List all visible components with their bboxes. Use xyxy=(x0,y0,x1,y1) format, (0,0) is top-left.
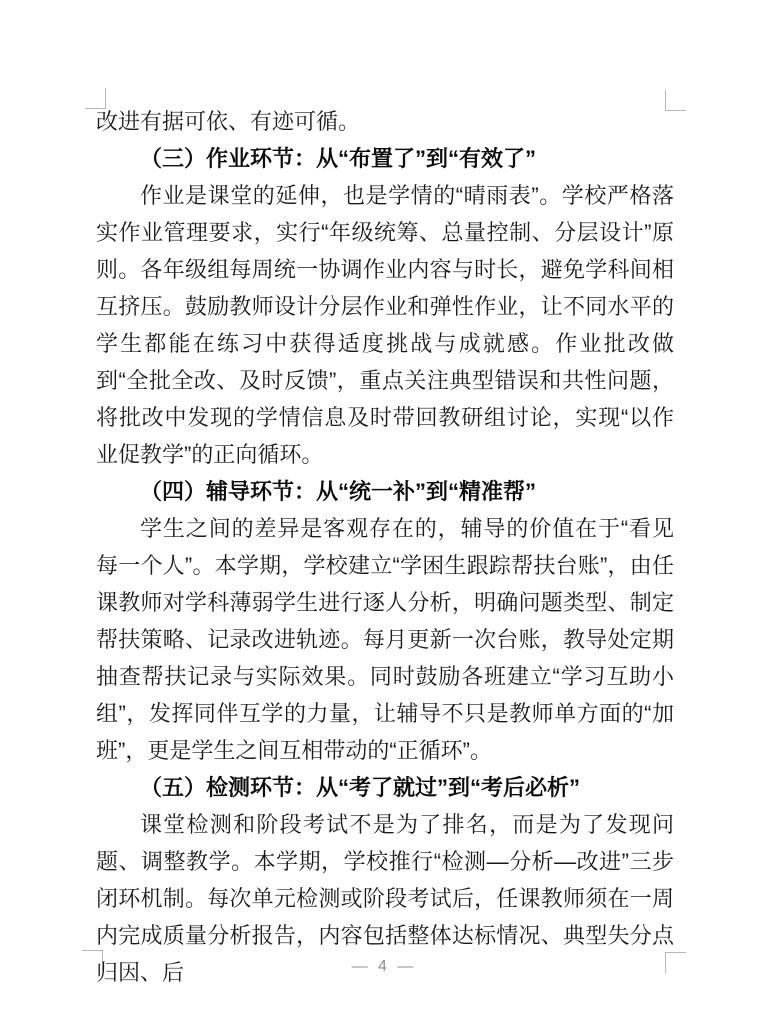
document-page: 改进有据可依、有迹可循。 （三）作业环节：从“布置了”到“有效了” 作业是课堂的… xyxy=(0,0,768,1024)
paragraph-continuation: 改进有据可依、有迹可循。 xyxy=(96,103,674,140)
paragraph-homework: 作业是课堂的延伸，也是学情的“晴雨表”。学校严格落实作业管理要求，实行“年级统筹… xyxy=(96,177,674,473)
section-heading-4: （四）辅导环节：从“统一补”到“精准帮” xyxy=(96,473,674,510)
section-heading-5: （五）检测环节：从“考了就过”到“考后必析” xyxy=(96,769,674,806)
section-heading-3: （三）作业环节：从“布置了”到“有效了” xyxy=(96,140,674,177)
paragraph-tutoring: 学生之间的差异是客观存在的，辅导的价值在于“看见每一个人”。本学期，学校建立“学… xyxy=(96,510,674,769)
page-text-block: 改进有据可依、有迹可循。 （三）作业环节：从“布置了”到“有效了” 作业是课堂的… xyxy=(96,103,674,991)
page-number: — 4 — xyxy=(0,958,768,976)
